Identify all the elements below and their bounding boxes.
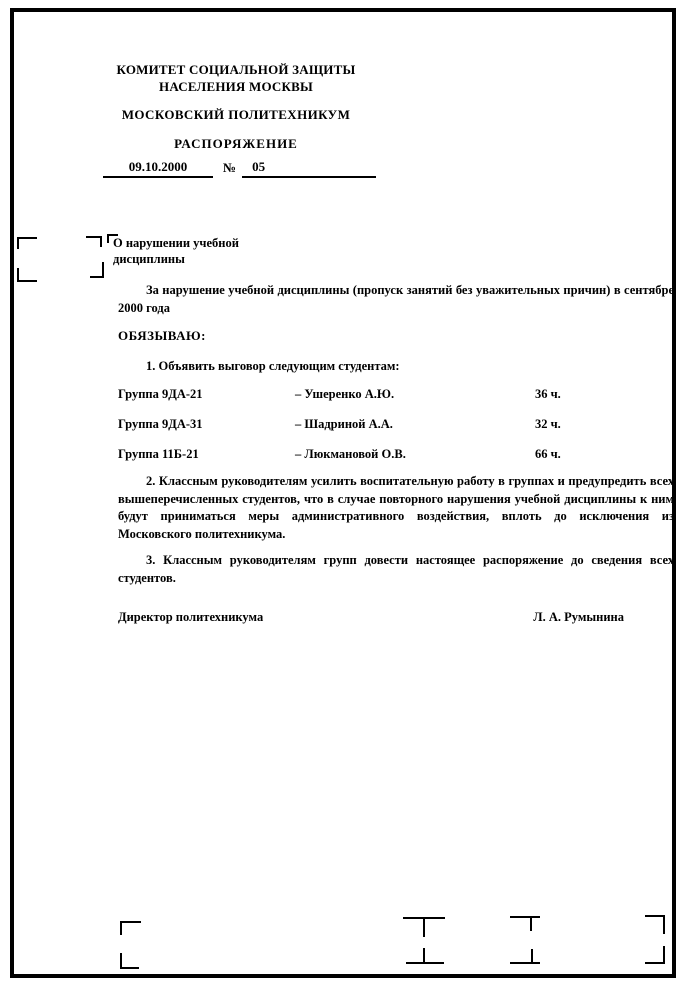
student-group: Группа 9ДА-21 [118,387,295,402]
corner-mark-mid-top [86,236,102,247]
order-item-3: 3. Классным руководителям групп довести … [118,552,674,587]
student-name: – Шадриной А.А. [295,417,535,432]
table-row: Группа 9ДА-21 – Ушеренко А.Ю. 36 ч. [118,387,674,417]
directive-word: ОБЯЗЫВАЮ: [118,328,206,344]
t-mark-1-top-stem [423,917,425,937]
scanned-document-page: КОМИТЕТ СОЦИАЛЬНОЙ ЗАЩИТЫ НАСЕЛЕНИЯ МОСК… [0,0,700,989]
document-number: 05 [242,159,376,178]
signer-position: Директор политехникума [118,610,263,625]
missed-hours: 36 ч. [535,387,674,402]
crop-mark-bottom-right-top [645,915,665,934]
order-item-1: 1. Объявить выговор следующим студентам: [118,359,674,374]
missed-hours: 66 ч. [535,447,674,462]
students-table: Группа 9ДА-21 – Ушеренко А.Ю. 36 ч. Груп… [118,387,674,477]
number-sign: № [223,160,236,178]
committee-name: КОМИТЕТ СОЦИАЛЬНОЙ ЗАЩИТЫ НАСЕЛЕНИЯ МОСК… [112,62,360,95]
date-and-number-line: 09.10.2000 № 05 [103,159,376,178]
corner-mark-left-bottom [17,268,37,282]
crop-mark-bottom-right-bottom [645,946,665,964]
crop-mark-bottom-left-top [120,921,141,935]
student-name: – Ушеренко А.Ю. [295,387,535,402]
crop-mark-bottom-left-bottom [120,953,139,969]
t-mark-2-top-bar [510,916,540,918]
signature-block: Директор политехникума Л. А. Румынина [118,610,674,625]
order-item-2: 2. Классным руководителям усилить воспит… [118,473,674,543]
document-subject: О нарушении учебной дисциплины [113,236,245,267]
document-date: 09.10.2000 [103,159,213,178]
t-mark-2-top-stem [530,916,532,931]
student-group: Группа 9ДА-31 [118,417,295,432]
signer-name: Л. А. Румынина [533,610,624,625]
t-mark-1-bottom-bar [406,962,444,964]
corner-mark-mid-bottom [90,262,104,278]
t-mark-2-bottom-bar [510,962,540,964]
missed-hours: 32 ч. [535,417,674,432]
t-mark-2-bottom-stem [531,949,533,963]
table-row: Группа 9ДА-31 – Шадриной А.А. 32 ч. [118,417,674,447]
intro-paragraph: За нарушение учебной дисциплины (пропуск… [118,282,674,317]
organization-name: МОСКОВСКИЙ ПОЛИТЕХНИКУМ [112,107,360,123]
document-type-title: РАСПОРЯЖЕНИЕ [112,136,360,152]
student-name: – Люкмановой О.В. [295,447,535,462]
student-group: Группа 11Б-21 [118,447,295,462]
corner-mark-left-top [17,237,37,249]
